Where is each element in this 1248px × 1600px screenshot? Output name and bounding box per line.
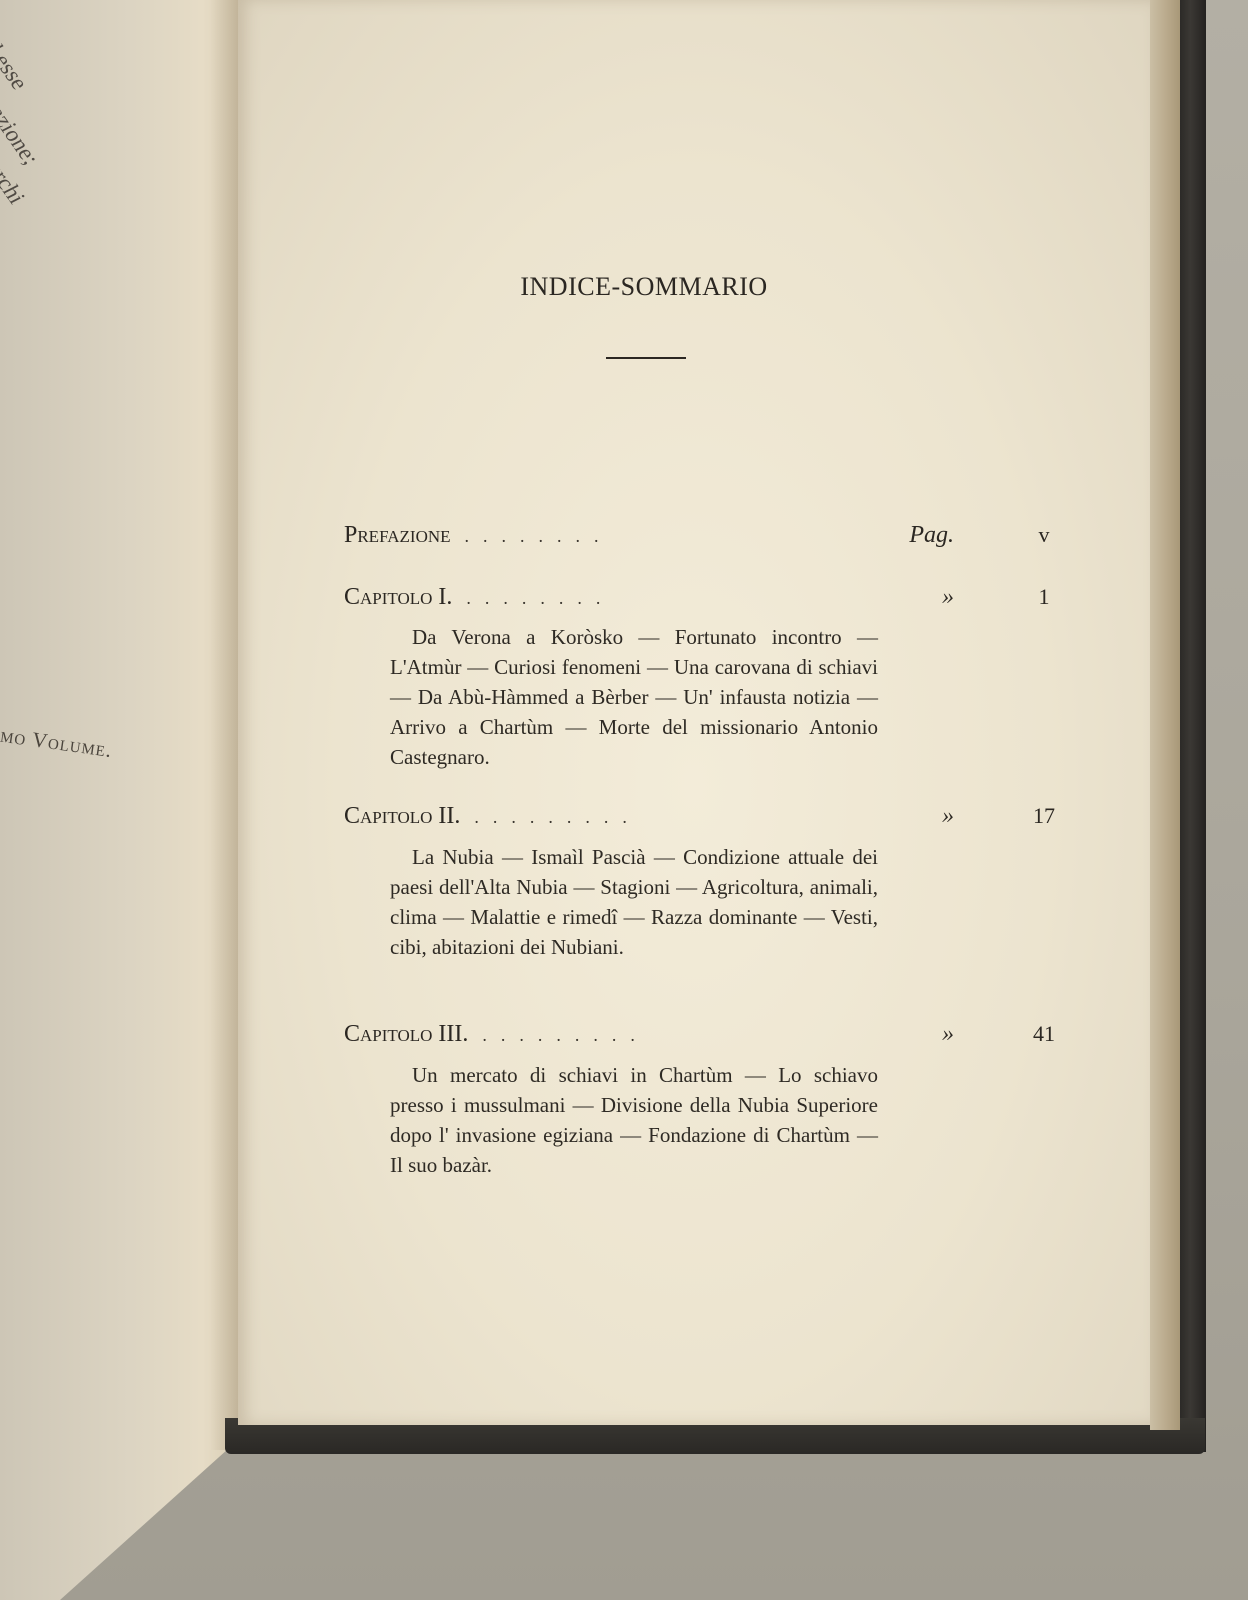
chapter-2-summary: La Nubia — Ismaìl Pascià — Condizione at… xyxy=(390,842,878,962)
left-page-footer: imo Volume. xyxy=(0,722,114,763)
page-number: 17 xyxy=(1024,803,1064,829)
toc-entry-prefazione: Prefazione ........ Pag. v xyxy=(344,522,954,556)
leader-dots: ........ xyxy=(452,588,934,609)
gutter-shadow xyxy=(210,0,240,1450)
leader-dots: ......... xyxy=(468,1025,934,1046)
book-cover-right-edge xyxy=(1180,0,1206,1452)
page-number: v xyxy=(1024,522,1064,548)
index-page: INDICE-SOMMARIO Prefazione ........ Pag.… xyxy=(238,0,1150,1425)
ditto-marker: » xyxy=(934,584,954,611)
toc-entry-capitolo-3: Capitolo III. ......... » 41 xyxy=(344,1021,954,1055)
entry-label: Capitolo I. xyxy=(344,584,452,611)
page-number: 1 xyxy=(1024,584,1064,610)
toc-entry-capitolo-1: Capitolo I. ........ » 1 xyxy=(344,584,954,618)
ditto-marker: » xyxy=(934,803,954,830)
left-page-text: no, ma ad esse colla loro esecrazione; n… xyxy=(0,0,149,381)
facing-left-page: no, ma ad esse colla loro esecrazione; n… xyxy=(0,0,238,1600)
chapter-1-summary: Da Verona a Koròsko — Fortunato incontro… xyxy=(390,622,878,772)
entry-label: Prefazione xyxy=(344,522,451,549)
entry-label: Capitolo II. xyxy=(344,803,460,830)
page-number: 41 xyxy=(1024,1021,1064,1047)
leader-dots: ........ xyxy=(451,526,902,547)
entry-label: Capitolo III. xyxy=(344,1021,468,1048)
chapter-3-summary: Un mercato di schiavi in Chartùm — Lo sc… xyxy=(390,1060,878,1180)
ditto-marker: » xyxy=(934,1021,954,1048)
page-title: INDICE-SOMMARIO xyxy=(238,272,1050,302)
page-marker: Pag. xyxy=(901,522,954,549)
page-stack-edge xyxy=(1150,0,1180,1430)
title-rule-divider xyxy=(606,357,686,359)
leader-dots: ......... xyxy=(460,807,934,828)
toc-entry-capitolo-2: Capitolo II. ......... » 17 xyxy=(344,803,954,837)
